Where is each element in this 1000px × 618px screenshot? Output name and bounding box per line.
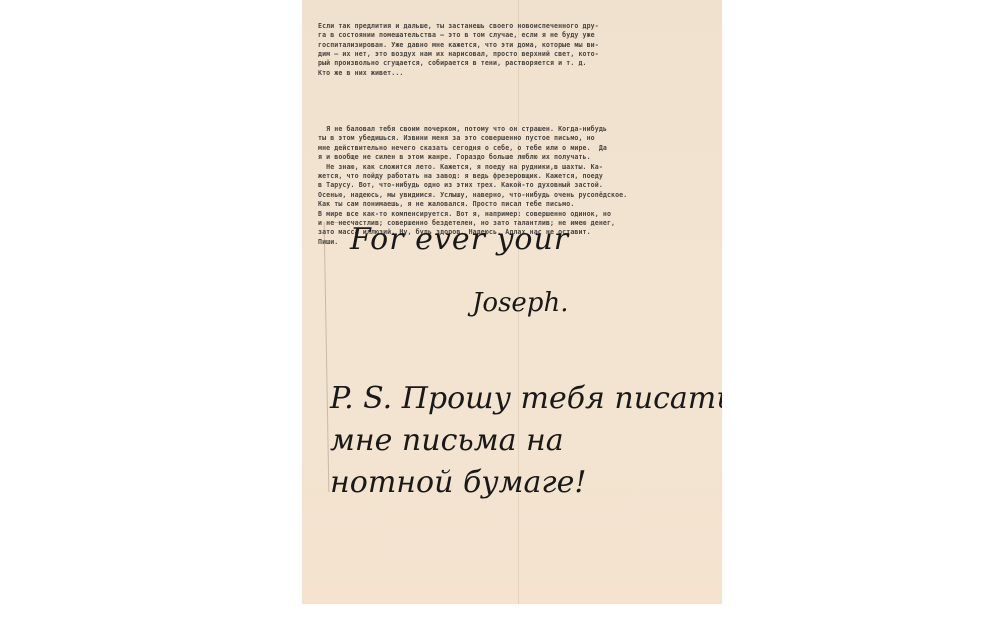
typed-line: ты в этом убедишься. Извини меня за это … <box>318 134 718 143</box>
handwritten-signature: Joseph. <box>472 288 568 318</box>
typed-line: дим – их нет, это воздух нам их нарисова… <box>318 50 718 59</box>
typed-line: Не знаю, как сложится лето. Кажется, я п… <box>318 163 718 172</box>
typed-line: В мире все как-то компенсируется. Вот я,… <box>318 210 718 219</box>
letter-page: Если так предлития и дальше, ты застанеш… <box>302 0 722 604</box>
typed-line: рый произвольно сгущается, собирается в … <box>318 59 718 68</box>
typed-line: га в состоянии помешательства – это в то… <box>318 31 718 40</box>
typed-line: Кто же в них живет... <box>318 69 718 78</box>
typed-line: Осенью, надеюсь, мы увидимся. Услышу, на… <box>318 191 718 200</box>
typed-paragraph-1: Если так предлития и дальше, ты застанеш… <box>318 22 718 78</box>
typed-line: госпитализирован. Уже давно мне кажется,… <box>318 41 718 50</box>
typed-line: жется, что пойду работать на завод: я ве… <box>318 172 718 181</box>
typed-line: Как ты сам понимаешь, я не жаловался. Пр… <box>318 200 718 209</box>
handwritten-dedication: For ever your <box>350 222 569 257</box>
typed-line: мне действительно нечего сказать сегодня… <box>318 144 718 153</box>
typed-line: Я не баловал тебя своим почерком, потому… <box>318 125 718 134</box>
handwritten-postscript: P. S. Прошу тебя писать мне письма на но… <box>330 378 722 504</box>
typed-line: я и вообще не силен в этом жанре. Горазд… <box>318 153 718 162</box>
typed-line: в Тарусу. Вот, что-нибудь одно из этих т… <box>318 181 718 190</box>
typed-line: Если так предлития и дальше, ты застанеш… <box>318 22 718 31</box>
